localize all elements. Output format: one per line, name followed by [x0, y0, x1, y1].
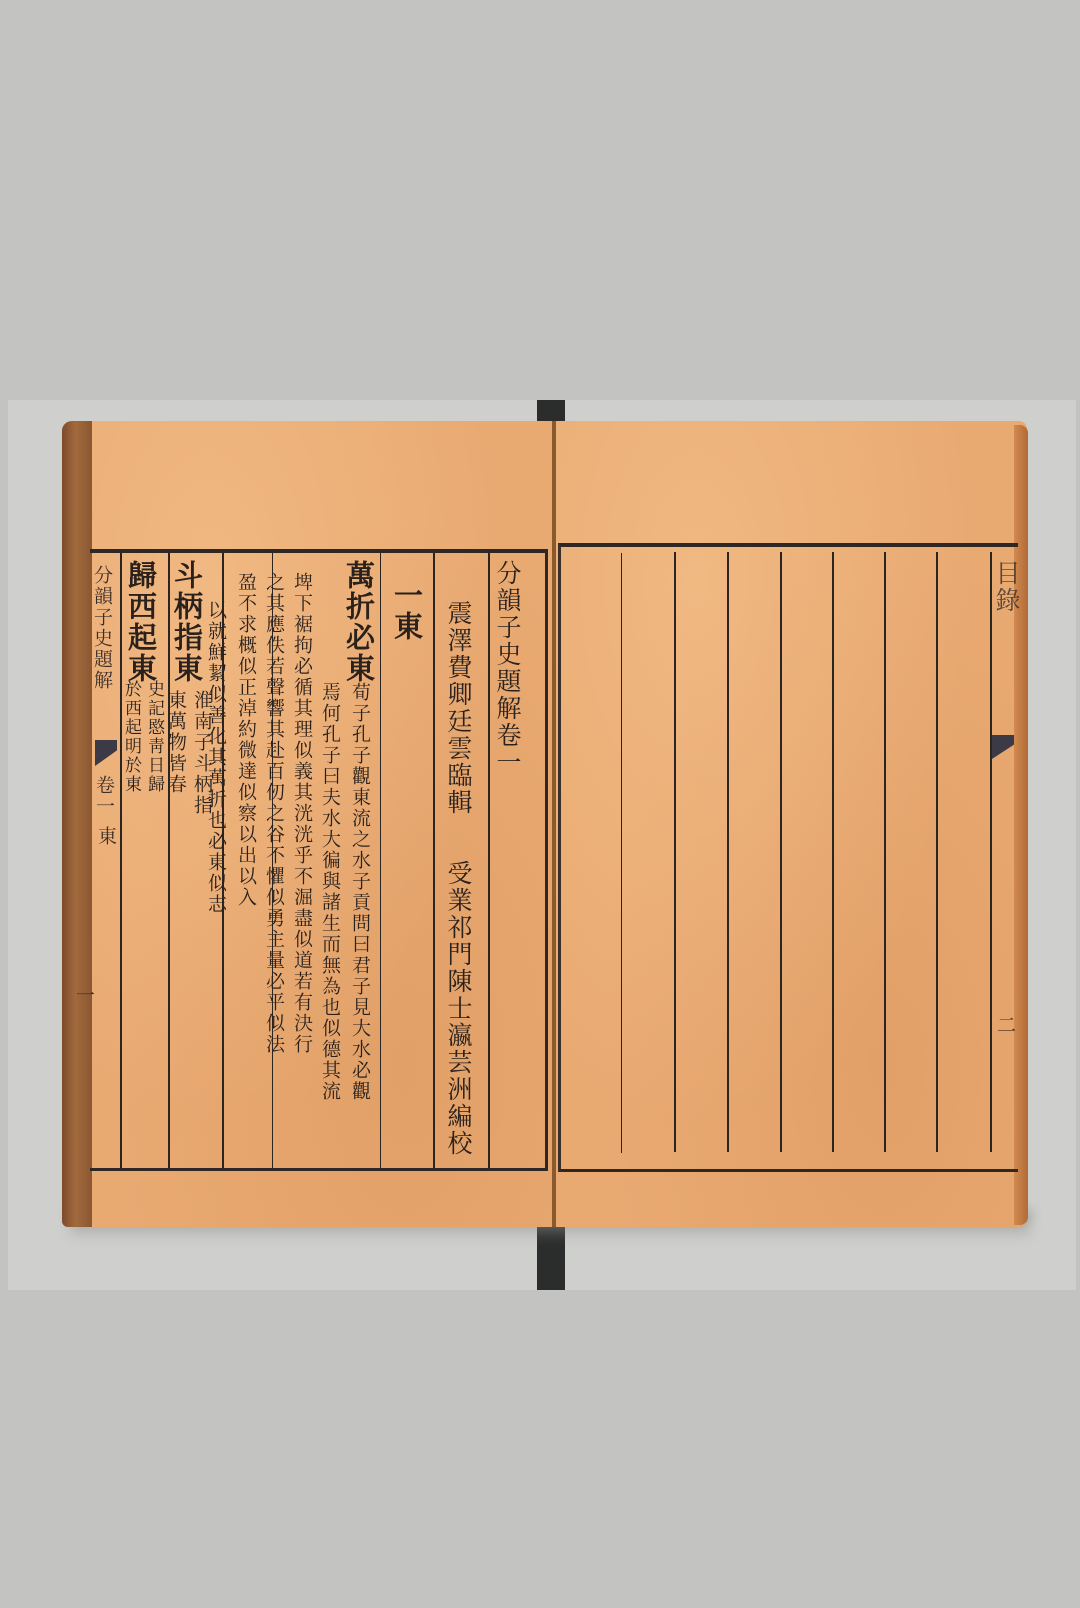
entry-note: 之其應佚若聲響其赴百仞之谷不懼似勇主量必平似法 [264, 572, 283, 1055]
column-rule [433, 553, 435, 1168]
section-heading: 一東 [392, 580, 421, 642]
entry-headword: 斗柄指東 [172, 560, 201, 684]
fore-edge-page-number: 一 [74, 985, 93, 1006]
entry-headword: 萬折必東 [344, 560, 373, 684]
compiler-column: 震澤費卿廷雲臨輯 [446, 600, 471, 816]
ruled-column-line [884, 552, 886, 1152]
fore-edge-title: 分韻子史題解 [92, 565, 111, 691]
column-rule [120, 553, 122, 1168]
column-rule [380, 553, 381, 1168]
entry-note: 焉何孔子曰夫水大徧與諸生而無為也似德其流 [320, 682, 339, 1102]
entry-note: 於西起明於東 [122, 680, 139, 794]
left-page-edge [62, 421, 92, 1227]
entry-headword: 歸西起東 [126, 560, 155, 684]
fore-edge-section: 東 [96, 826, 115, 847]
editor-column: 受業祁門陳士瀛芸洲編校 [446, 860, 471, 1157]
entry-note: 東萬物皆春 [166, 690, 185, 795]
entry-note: 盈不求概似正淖約微達似察以出以入 [236, 572, 255, 908]
fore-edge-volume: 卷一 [94, 775, 113, 817]
ruled-column-line [780, 552, 782, 1152]
entry-note: 荀子孔子觀東流之水子貢問曰君子見大水必觀 [350, 682, 369, 1102]
ruled-column-line [727, 552, 729, 1152]
entry-note: 淮南子斗柄指 [192, 690, 211, 816]
right-page-border [558, 543, 1018, 1172]
column-rule [488, 553, 490, 1168]
fore-edge-page-number: 二 [995, 1015, 1014, 1036]
ruled-column-line [621, 553, 622, 1153]
ruled-column-line [990, 552, 992, 1152]
fore-edge-title-fragment: 目錄 [994, 560, 1019, 614]
ruled-column-line [936, 552, 938, 1152]
center-fold [552, 421, 556, 1227]
entry-note: 埤下裾拘必循其理似義其洸洸乎不淈盡似道若有決行 [292, 572, 311, 1055]
entry-note: 史記愍靑日歸 [145, 680, 162, 794]
ruled-column-line [674, 552, 676, 1152]
ruled-column-line [832, 552, 834, 1152]
book-title-column: 分韻子史題解卷一 [495, 560, 520, 776]
